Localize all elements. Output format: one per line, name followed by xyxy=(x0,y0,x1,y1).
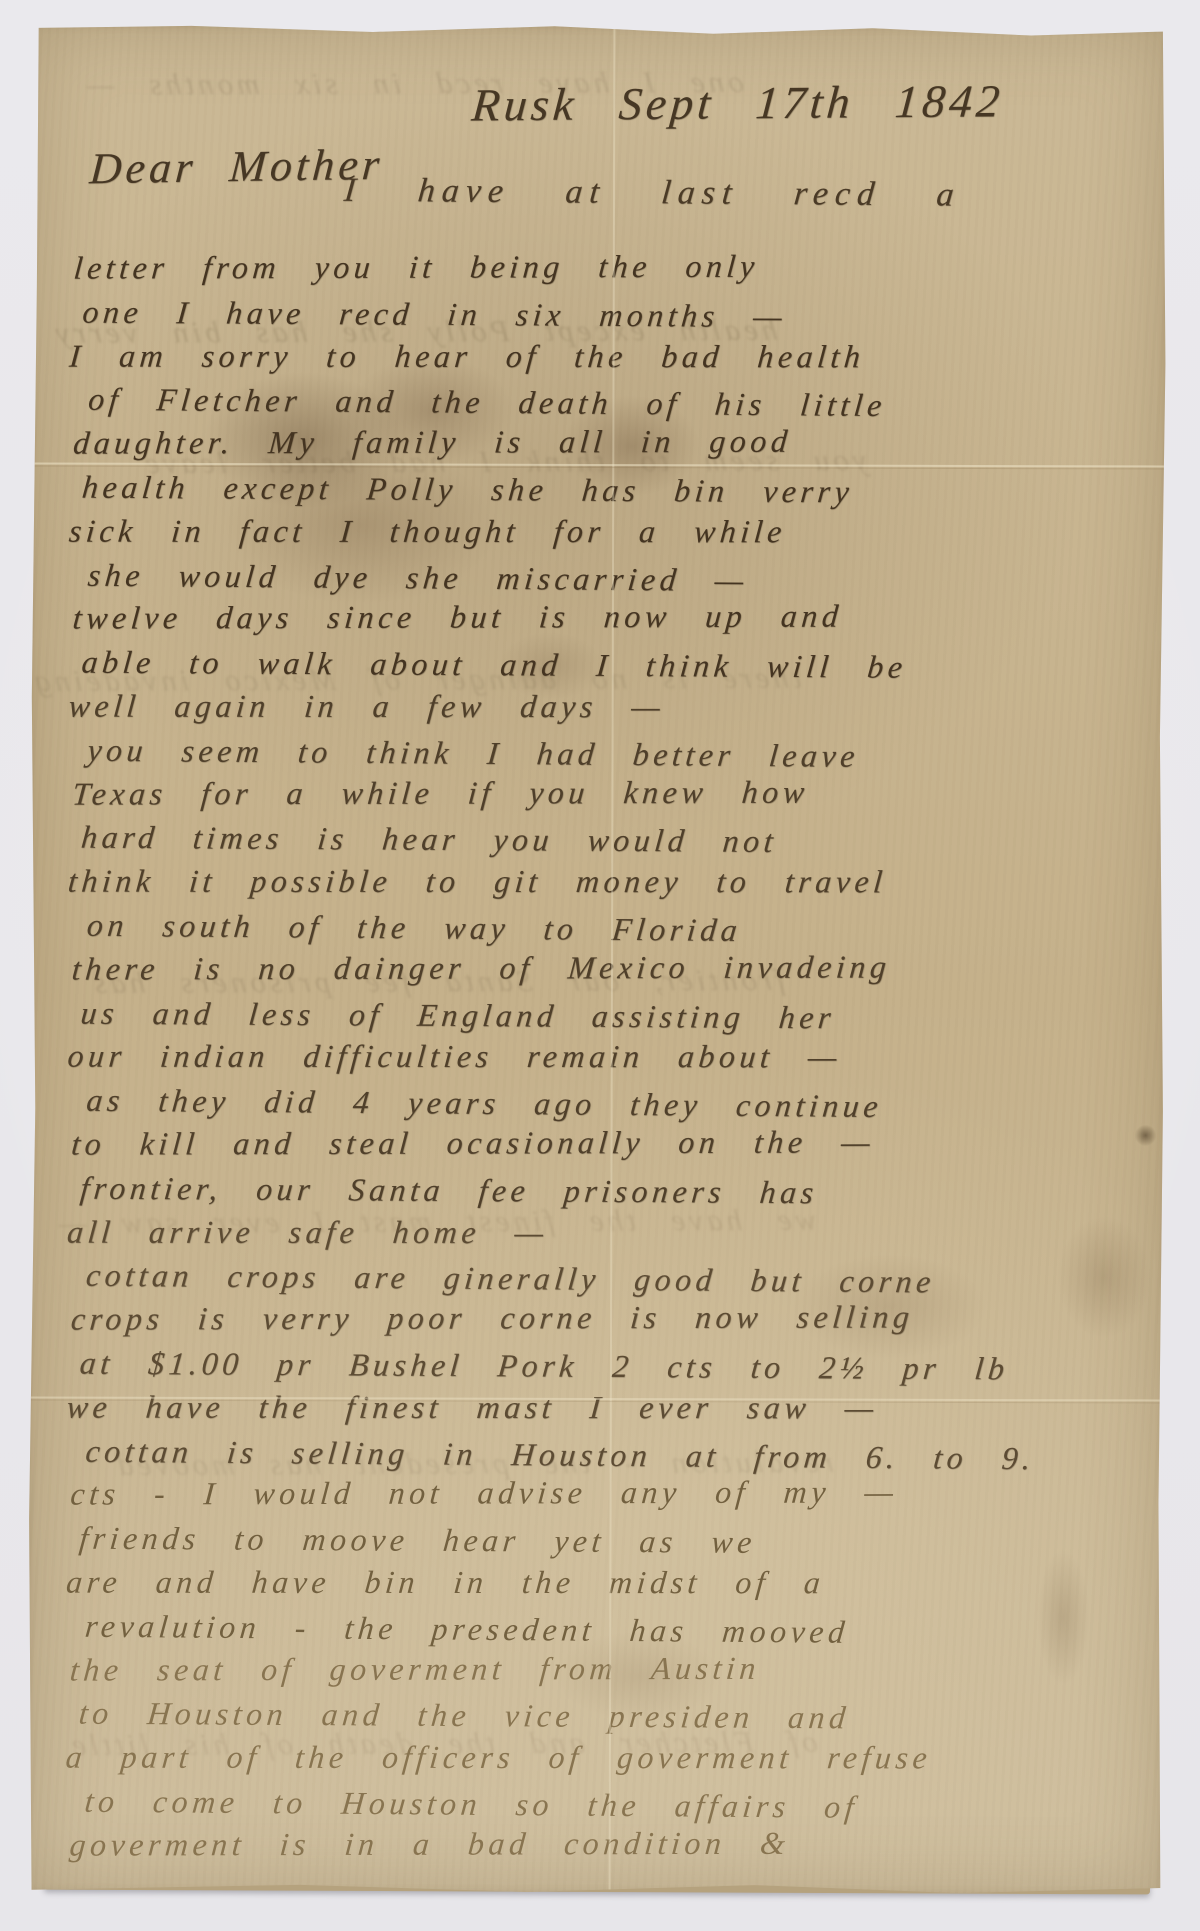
letter-line: friends to moove hear yet as we xyxy=(77,1517,1161,1567)
letter-body: letter from you it being the only one I … xyxy=(70,247,1154,1870)
letter-line: at $1.00 pr Bushel Pork 2 cts to 2½ pr l… xyxy=(78,1342,1162,1392)
letter-line: goverment is in a bad condition & xyxy=(68,1820,1152,1867)
letter-line: sick in fact I thought for a while xyxy=(67,509,1151,554)
letter-line: Texas for a while if you knew how xyxy=(71,769,1155,816)
letter-line: are and have bin in the midst of a xyxy=(64,1561,1148,1606)
letter-line: health except Polly she has bin verry xyxy=(80,466,1164,516)
letter-line: able to walk about and I think will be xyxy=(80,641,1164,691)
letter-line: to kill and steal ocasionally on the — xyxy=(70,1120,1154,1167)
letter-line: our indian difficulties remain about — xyxy=(66,1035,1150,1080)
scan-background: one I have recd in six months — health e… xyxy=(0,0,1200,1931)
letter-dateline: Rusk Sept 17th 1842 xyxy=(470,74,1006,131)
letter-line: daughter. My family is all in good xyxy=(71,419,1155,466)
letter-line: the seat of goverment from Austin xyxy=(68,1645,1152,1692)
letter-line: letter from you it being the only xyxy=(72,244,1156,291)
letter-salutation: Dear Mother xyxy=(88,139,385,194)
letter-line: think it possible to git money to travel xyxy=(66,860,1150,905)
letter-line: twelve days since but is now up and xyxy=(71,594,1155,641)
letter-line: there is no dainger of Mexico invadeing xyxy=(70,945,1154,992)
letter-line: one I have recd in six months — xyxy=(81,290,1165,340)
letter-line: a part of the officers of goverment refu… xyxy=(64,1736,1148,1781)
letter-opening-line: I have at last recd a xyxy=(342,172,962,215)
letter-line: frontier, our Santa fee prisoners has xyxy=(78,1166,1162,1216)
letter-line: cts - I would not advise any of my — xyxy=(69,1470,1153,1517)
letter-page: one I have recd in six months — health e… xyxy=(28,25,1168,1896)
letter-line: we have the finest mast I ever saw — xyxy=(65,1385,1149,1430)
letter-line: all arrive safe home — xyxy=(65,1210,1149,1255)
letter-line: I am sorry to hear of the bad health xyxy=(68,334,1152,379)
letter-line: well again in a few days — xyxy=(67,685,1151,730)
letter-line: crops is verry poor corne is now selling xyxy=(69,1295,1153,1342)
